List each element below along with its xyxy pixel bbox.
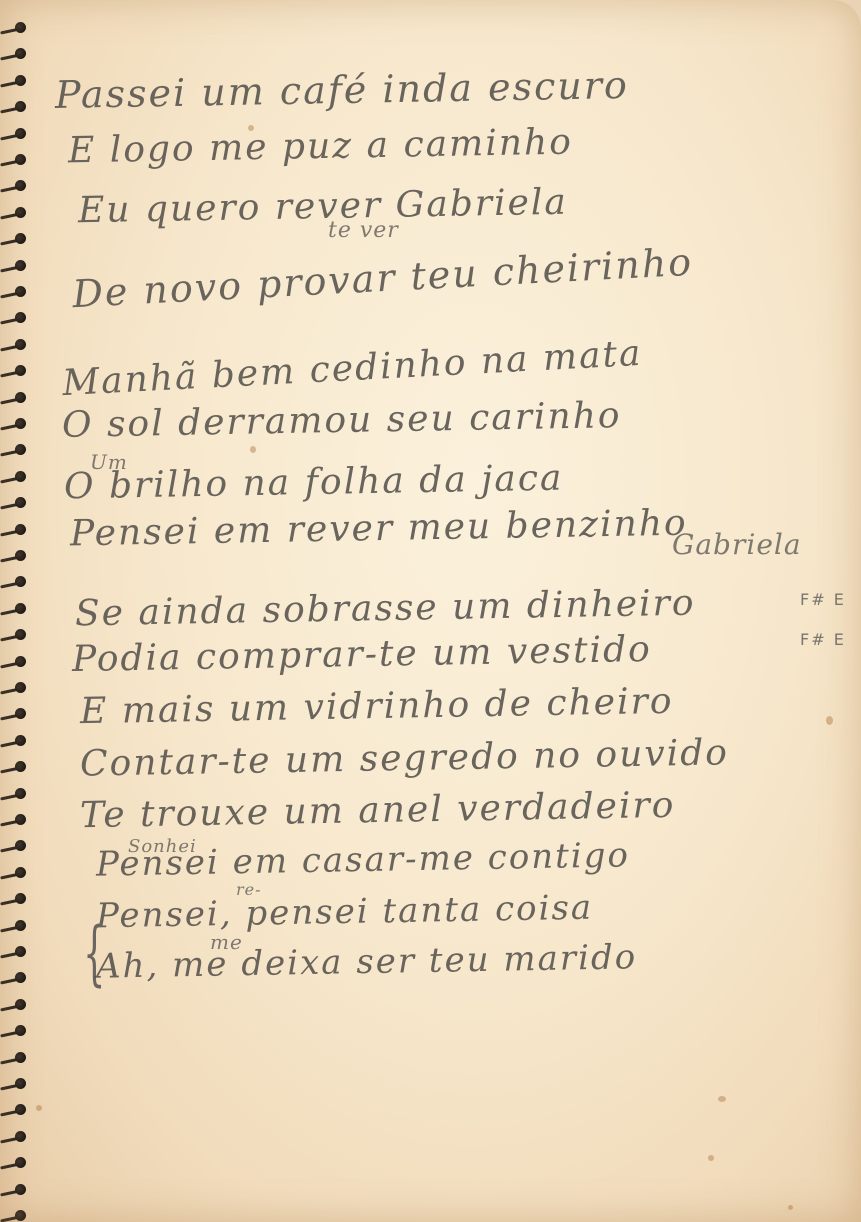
spiral-ring xyxy=(0,1131,30,1143)
ring-hole xyxy=(15,154,26,165)
ring-hole xyxy=(15,524,26,535)
spiral-ring xyxy=(0,418,30,430)
ring-hole xyxy=(15,286,26,297)
spiral-ring xyxy=(0,550,30,562)
notebook-page: Passei um café inda escuro E logo me puz… xyxy=(0,0,861,1222)
ring-hole xyxy=(15,207,26,218)
ring-hole xyxy=(15,418,26,429)
lyric-tag: Gabriela xyxy=(672,528,802,561)
spiral-ring xyxy=(0,656,30,668)
ring-hole xyxy=(15,444,26,455)
ring-hole xyxy=(15,682,26,693)
spiral-ring xyxy=(0,101,30,113)
spiral-ring xyxy=(0,233,30,245)
lyric-correction: te ver xyxy=(328,218,399,243)
ring-hole xyxy=(15,761,26,772)
ring-hole xyxy=(15,1025,26,1036)
spiral-ring xyxy=(0,603,30,615)
chord-annotation: F# E xyxy=(800,590,846,609)
ring-hole xyxy=(15,339,26,350)
spiral-ring xyxy=(0,920,30,932)
ring-hole xyxy=(15,180,26,191)
ring-hole xyxy=(15,471,26,482)
spiral-ring xyxy=(0,629,30,641)
ring-hole xyxy=(15,840,26,851)
spiral-ring xyxy=(0,312,30,324)
lyric-line: Ah, me deixa ser teu marido xyxy=(96,937,638,986)
spiral-ring xyxy=(0,497,30,509)
spiral-ring xyxy=(0,48,30,60)
spiral-ring xyxy=(0,524,30,536)
spiral-ring xyxy=(0,471,30,483)
ring-hole xyxy=(15,972,26,983)
spiral-ring xyxy=(0,867,30,879)
ring-hole xyxy=(15,788,26,799)
spiral-ring xyxy=(0,365,30,377)
chord-annotation: F# E xyxy=(800,630,846,649)
spiral-ring xyxy=(0,154,30,166)
spiral-ring xyxy=(0,972,30,984)
ring-hole xyxy=(15,1184,26,1195)
ring-hole xyxy=(15,312,26,323)
lyric-line: Se ainda sobrasse um dinheiro xyxy=(75,583,696,635)
spiral-ring xyxy=(0,180,30,192)
ring-hole xyxy=(15,867,26,878)
lyric-line: Manhã bem cedinho na mata xyxy=(61,333,643,404)
lyric-line: Te trouxe um anel verdadeiro xyxy=(80,785,676,836)
lyric-line: De novo provar teu cheirinho xyxy=(71,240,694,316)
ring-hole xyxy=(15,75,26,86)
spiral-ring xyxy=(0,840,30,852)
spiral-ring xyxy=(0,75,30,87)
lyric-line: Passei um café inda escuro xyxy=(55,63,630,117)
ring-hole xyxy=(15,603,26,614)
lyric-line: Pensei, pensei tanta coisa xyxy=(96,888,594,937)
ring-hole xyxy=(15,497,26,508)
lyric-line: Contar-te um segredo no ouvido xyxy=(80,732,730,784)
spiral-ring xyxy=(0,735,30,747)
ring-hole xyxy=(15,629,26,640)
ring-hole xyxy=(15,1157,26,1168)
spiral-ring xyxy=(0,814,30,826)
lyric-line: E mais um vidrinho de cheiro xyxy=(80,681,674,732)
paper-stain xyxy=(36,1105,42,1111)
lyric-line: Eu quero rever Gabriela xyxy=(78,182,569,232)
spiral-ring xyxy=(0,260,30,272)
paper-stain xyxy=(708,1155,714,1161)
spiral-ring xyxy=(0,999,30,1011)
ring-hole xyxy=(15,365,26,376)
ring-hole xyxy=(15,48,26,59)
paper-stain xyxy=(788,1205,793,1210)
spiral-ring xyxy=(0,682,30,694)
paper-stain xyxy=(826,716,833,725)
spiral-ring xyxy=(0,1104,30,1116)
spiral-ring xyxy=(0,708,30,720)
spiral-ring xyxy=(0,1157,30,1169)
ring-hole xyxy=(15,656,26,667)
spiral-ring xyxy=(0,1210,30,1222)
spiral-ring xyxy=(0,392,30,404)
ring-hole xyxy=(15,550,26,561)
ring-hole xyxy=(15,1078,26,1089)
spiral-ring xyxy=(0,788,30,800)
lyric-line: Pensei em casar-me contigo xyxy=(96,835,631,884)
spiral-ring xyxy=(0,893,30,905)
lyric-line: O sol derramou seu carinho xyxy=(62,395,622,446)
ring-hole xyxy=(15,128,26,139)
spiral-ring xyxy=(0,1078,30,1090)
ring-hole xyxy=(15,260,26,271)
lyric-line: O brilho na folha da jaca xyxy=(64,458,564,508)
spiral-ring xyxy=(0,207,30,219)
ring-hole xyxy=(15,1210,26,1221)
ring-hole xyxy=(15,920,26,931)
ring-hole xyxy=(15,708,26,719)
spiral-ring xyxy=(0,1025,30,1037)
spiral-ring xyxy=(0,946,30,958)
ring-hole xyxy=(15,1052,26,1063)
spiral-binding xyxy=(0,10,34,1222)
spiral-ring xyxy=(0,1184,30,1196)
ring-hole xyxy=(15,1131,26,1142)
ring-hole xyxy=(15,392,26,403)
spiral-ring xyxy=(0,1052,30,1064)
lyric-line: Pensei em rever meu benzinho xyxy=(70,503,688,555)
ring-hole xyxy=(15,735,26,746)
lyric-line: E logo me puz a caminho xyxy=(68,122,573,172)
paper-stain xyxy=(718,1096,726,1102)
spiral-ring xyxy=(0,761,30,773)
spiral-ring xyxy=(0,22,30,34)
spiral-ring xyxy=(0,339,30,351)
ring-hole xyxy=(15,22,26,33)
ring-hole xyxy=(15,101,26,112)
ring-hole xyxy=(15,814,26,825)
paper-stain xyxy=(250,446,256,453)
ring-hole xyxy=(15,1104,26,1115)
ring-hole xyxy=(15,893,26,904)
spiral-ring xyxy=(0,286,30,298)
lyric-line: Podia comprar-te um vestido xyxy=(72,629,652,680)
ring-hole xyxy=(15,946,26,957)
spiral-ring xyxy=(0,128,30,140)
ring-hole xyxy=(15,576,26,587)
spiral-ring xyxy=(0,444,30,456)
ring-hole xyxy=(15,999,26,1010)
ring-hole xyxy=(15,233,26,244)
spiral-ring xyxy=(0,576,30,588)
